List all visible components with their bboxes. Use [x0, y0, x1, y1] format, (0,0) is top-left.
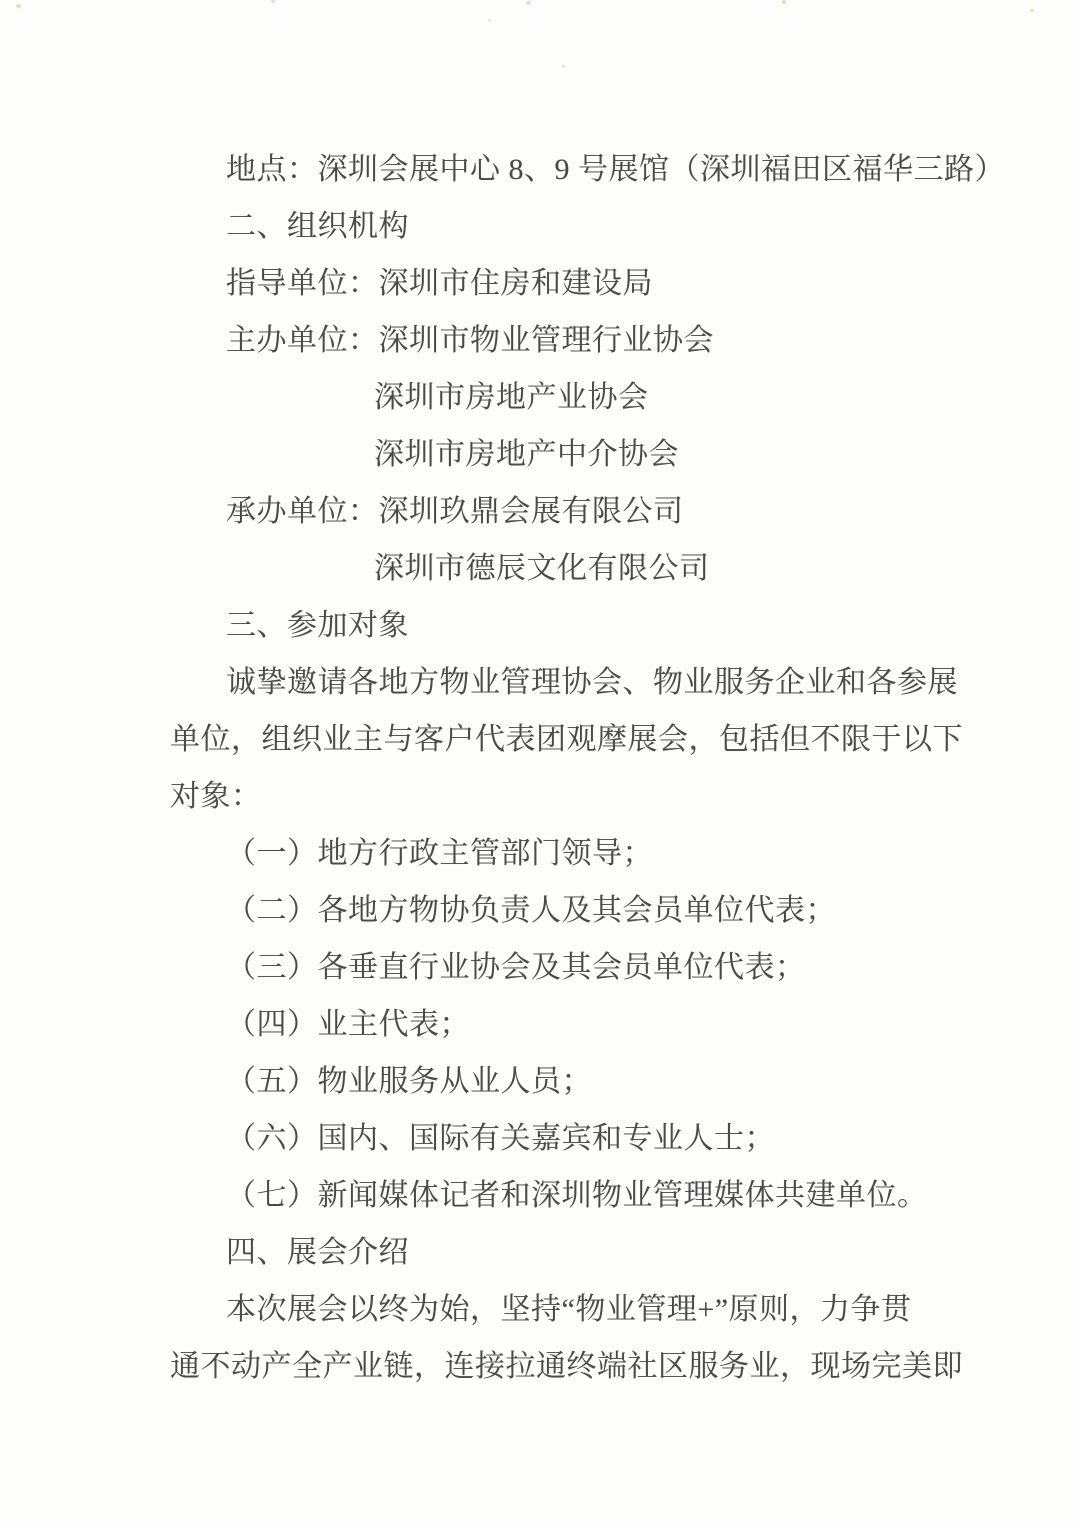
list-item-5: （五）物业服务从业人员；	[170, 1053, 935, 1110]
line-host-unit-2: 深圳市房地产业协会	[170, 369, 935, 426]
scan-speck	[271, 0, 275, 3]
scan-speck	[16, 4, 21, 8]
document-body: 地点：深圳会展中心 8、9 号展馆（深圳福田区福华三路） 二、组织机构 指导单位…	[170, 141, 935, 1395]
paragraph-invite-line-2: 单位，组织业主与客户代表团观摩展会，包括但不限于以下	[170, 711, 935, 768]
scanned-document-page: 地点：深圳会展中心 8、9 号展馆（深圳福田区福华三路） 二、组织机构 指导单位…	[0, 0, 1080, 1528]
heading-exhibition-intro: 四、展会介绍	[170, 1224, 935, 1281]
list-item-3: （三）各垂直行业协会及其会员单位代表；	[170, 939, 935, 996]
heading-organization: 二、组织机构	[170, 198, 935, 255]
scan-speck	[782, 0, 786, 4]
list-item-6: （六）国内、国际有关嘉宾和专业人士；	[170, 1110, 935, 1167]
scan-speck	[562, 65, 565, 68]
paragraph-invite-line-1: 诚挚邀请各地方物业管理协会、物业服务企业和各参展	[170, 654, 935, 711]
line-organizer-unit-2: 深圳市德辰文化有限公司	[170, 540, 935, 597]
list-item-1: （一）地方行政主管部门领导；	[170, 825, 935, 882]
line-organizer-unit: 承办单位：深圳玖鼎会展有限公司	[170, 483, 935, 540]
scan-speck	[1030, 9, 1034, 12]
line-host-unit-3: 深圳市房地产中介协会	[170, 426, 935, 483]
list-item-2: （二）各地方物协负责人及其会员单位代表；	[170, 882, 935, 939]
paragraph-invite-line-3: 对象：	[170, 768, 935, 825]
list-item-4: （四）业主代表；	[170, 996, 935, 1053]
paragraph-intro-line-1: 本次展会以终为始，坚持“物业管理+”原则，力争贯	[170, 1281, 935, 1338]
scan-speck	[488, 19, 491, 22]
heading-participants: 三、参加对象	[170, 597, 935, 654]
line-venue: 地点：深圳会展中心 8、9 号展馆（深圳福田区福华三路）	[170, 141, 935, 198]
paragraph-intro-line-2: 通不动产全产业链，连接拉通终端社区服务业，现场完美即	[170, 1338, 935, 1395]
scan-speck	[526, 1, 531, 5]
list-item-7: （七）新闻媒体记者和深圳物业管理媒体共建单位。	[170, 1167, 935, 1224]
line-guidance-unit: 指导单位：深圳市住房和建设局	[170, 255, 935, 312]
line-host-unit: 主办单位：深圳市物业管理行业协会	[170, 312, 935, 369]
